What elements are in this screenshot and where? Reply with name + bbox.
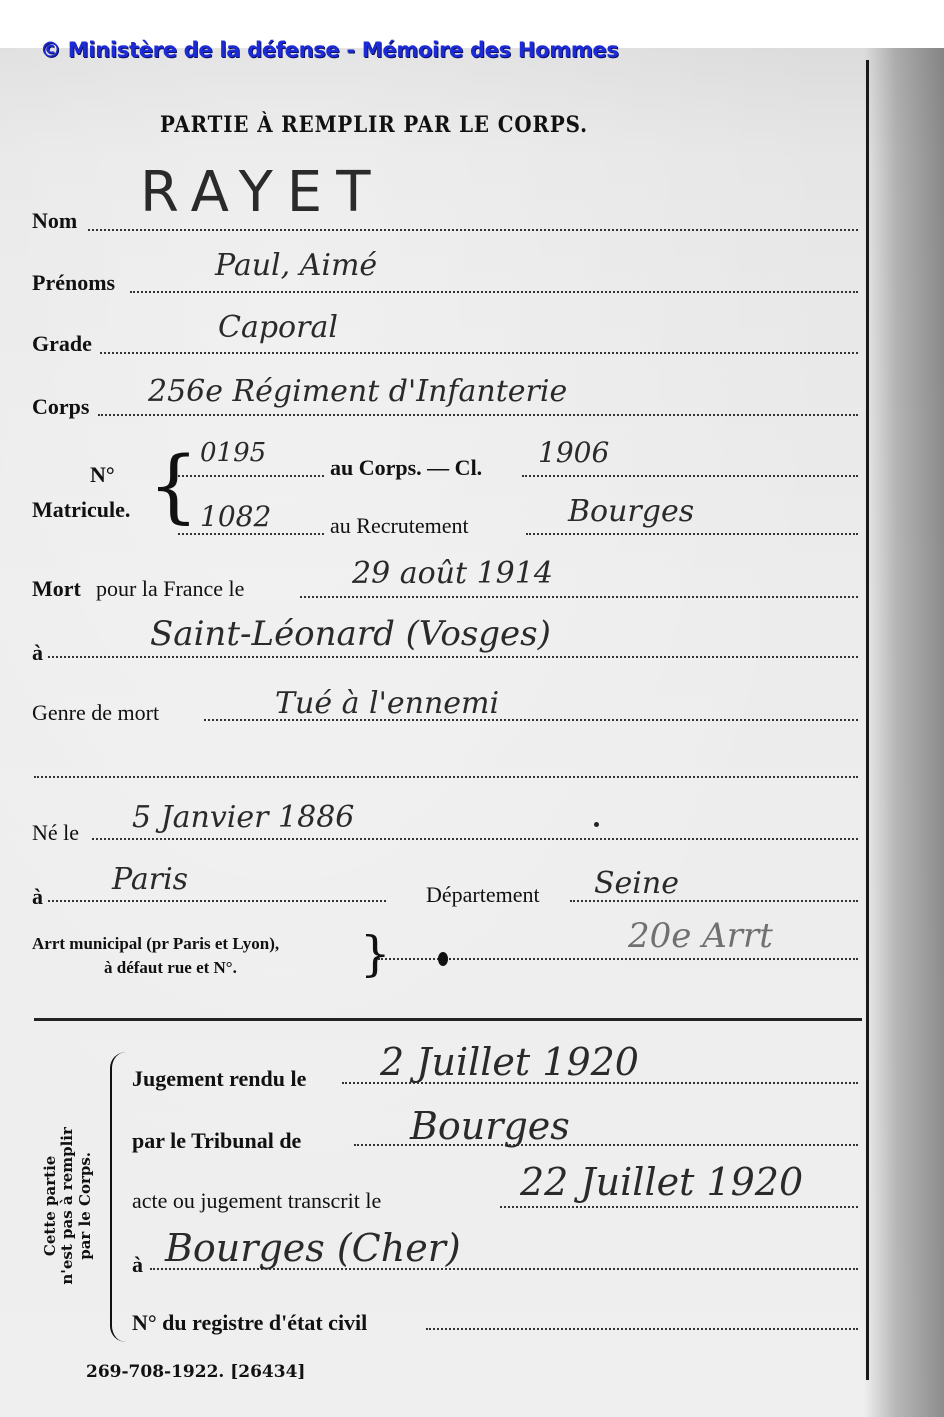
matricule-corps-value: 0195 xyxy=(200,438,266,468)
transcrit-label: acte ou jugement transcrit le xyxy=(132,1188,381,1214)
matricule-recrutement-value: 1082 xyxy=(200,500,271,533)
grade-label: Grade xyxy=(32,331,92,357)
recrutement-label: au Recrutement xyxy=(330,513,469,539)
copyright-watermark: © Ministère de la défense - Mémoire des … xyxy=(40,38,619,62)
transcrit-line xyxy=(500,1206,858,1208)
side-note-line-2: n'est pas à remplir xyxy=(59,1106,76,1306)
mort-lieu-label: à xyxy=(32,640,43,666)
transcrit-lieu-label: à xyxy=(132,1252,143,1278)
matricule-label: Matricule. xyxy=(32,497,130,523)
mort-lieu-line xyxy=(48,656,858,658)
corps-label: Corps xyxy=(32,394,89,420)
corps-value: 256e Régiment d'Infanterie xyxy=(148,374,567,409)
matricule-corps-line xyxy=(178,475,324,477)
jugement-label: Jugement rendu le xyxy=(132,1066,306,1092)
mort-date-line xyxy=(300,596,858,598)
ink-blot xyxy=(438,952,448,966)
ne-lieu-value: Paris xyxy=(112,862,188,897)
classe-line xyxy=(522,475,858,477)
civil-section-bracket xyxy=(110,1052,126,1342)
arrondissement-value: 20e Arrt xyxy=(628,916,773,956)
departement-value: Seine xyxy=(594,866,679,901)
genre-mort-value: Tué à l'ennemi xyxy=(275,686,499,721)
ink-speck xyxy=(594,822,599,827)
matricule-brace: { xyxy=(148,446,199,526)
grade-line xyxy=(100,352,858,354)
form-reference: 269-708-1922. [26434] xyxy=(86,1362,305,1382)
transcrit-lieu-value: Bourges (Cher) xyxy=(165,1226,461,1270)
transcrit-value: 22 Juillet 1920 xyxy=(520,1160,803,1204)
side-note-line-3: par le Corps. xyxy=(77,1106,94,1306)
recrutement-line xyxy=(526,533,858,535)
corps-line xyxy=(98,414,858,416)
nom-label: Nom xyxy=(32,208,77,234)
page-edge-rule xyxy=(866,60,869,1380)
arrondissement-brace: } xyxy=(360,930,391,978)
section-divider xyxy=(34,1018,862,1021)
registre-line xyxy=(426,1328,858,1330)
ne-le-label: Né le xyxy=(32,820,79,846)
side-note-line-1: Cette partie xyxy=(42,1106,59,1306)
nom-line xyxy=(88,229,858,231)
genre-mort-label: Genre de mort xyxy=(32,700,159,726)
nom-value: RAYET xyxy=(140,160,384,225)
registre-label: N° du registre d'état civil xyxy=(132,1310,367,1336)
mort-date-value: 29 août 1914 xyxy=(352,556,553,591)
prenoms-label: Prénoms xyxy=(32,270,115,296)
ne-lieu-line xyxy=(48,900,386,902)
ne-lieu-label: à xyxy=(32,884,43,910)
ne-le-line xyxy=(92,838,858,840)
jugement-value: 2 Juillet 1920 xyxy=(380,1040,639,1084)
matricule-recrutement-line xyxy=(178,533,324,535)
mort-label-bold: Mort xyxy=(32,576,81,602)
departement-label: Département xyxy=(426,882,540,908)
prenoms-line xyxy=(130,291,858,293)
mort-date-label: pour la France le xyxy=(96,576,244,602)
form-heading: PARTIE À REMPLIR PAR LE CORPS. xyxy=(160,112,588,138)
ne-le-value: 5 Janvier 1886 xyxy=(132,800,354,835)
tribunal-value: Bourges xyxy=(410,1104,570,1148)
grade-value: Caporal xyxy=(218,310,338,345)
mort-lieu-value: Saint-Léonard (Vosges) xyxy=(150,614,551,654)
tribunal-label: par le Tribunal de xyxy=(132,1128,301,1154)
arrondissement-line xyxy=(378,958,858,960)
arrondissement-label-1: Arrt municipal (pr Paris et Lyon), xyxy=(32,934,279,954)
extra-line xyxy=(34,776,858,778)
civil-side-note: Cette partie n'est pas à remplir par le … xyxy=(30,1100,110,1300)
prenoms-value: Paul, Aimé xyxy=(215,248,377,283)
matricule-label-top: N° xyxy=(90,462,115,488)
arrondissement-label-2: à défaut rue et N°. xyxy=(104,958,237,978)
recrutement-place-value: Bourges xyxy=(568,494,694,529)
classe-value: 1906 xyxy=(538,436,609,469)
matricule-corps-label: au Corps. — Cl. xyxy=(330,455,482,481)
